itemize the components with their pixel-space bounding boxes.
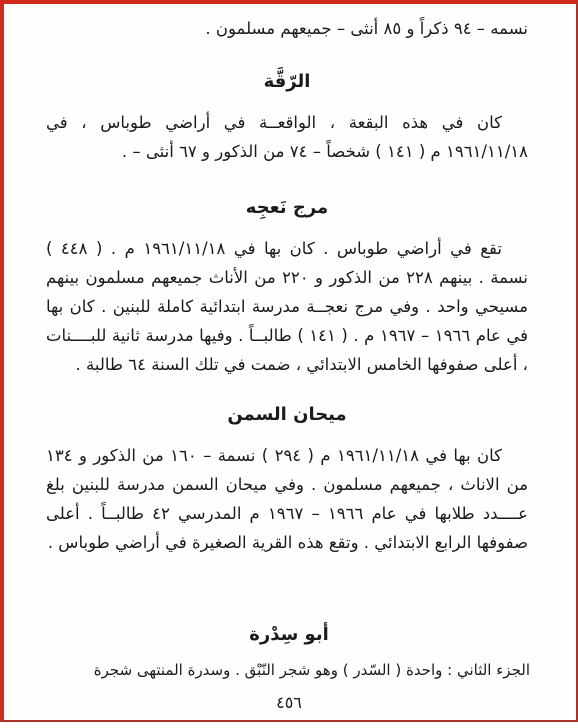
scanned-book-page: نسمه – ٩٤ ذكراً و ٨٥ أنثى – جميعهم مسلمو… (0, 0, 578, 728)
section-heading-mayhan-as-samn: ميحان السمن (46, 403, 528, 427)
section-paragraph-ar-raqqa: كان في هذه البقعة ، الواقعــة في أراضي ط… (46, 108, 528, 166)
section-paragraph-marj-najeh: تقع في أراضي طوباس . كان بها في ١٩٦١/١١/… (46, 234, 528, 379)
page-content: نسمه – ٩٤ ذكراً و ٨٥ أنثى – جميعهم مسلمو… (0, 0, 578, 728)
section-heading-ar-raqqa: الرّقَّة (46, 70, 528, 94)
section-heading-marj-najeh: مرج نَعجِه (46, 196, 528, 220)
continuation-line: نسمه – ٩٤ ذكراً و ٨٥ أنثى – جميعهم مسلمو… (46, 16, 528, 42)
section-paragraph-mayhan-as-samn: كان بها في ١٩٦١/١١/١٨ م ( ٢٩٤ ) نسمة – ١… (46, 441, 528, 557)
